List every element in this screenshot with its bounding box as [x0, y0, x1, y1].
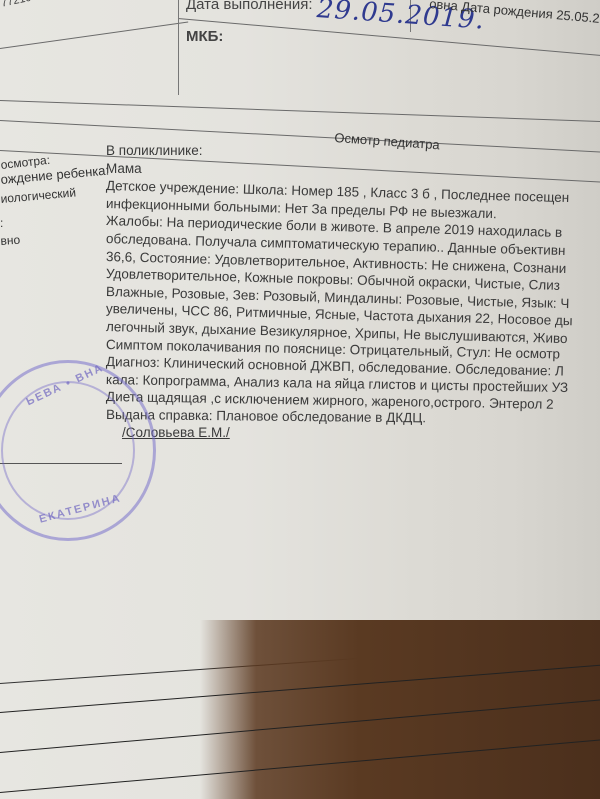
text-line: В поликлинике:: [106, 142, 573, 160]
table-line: [0, 22, 188, 49]
medical-record-page: 77210 Дата выполнения: 29.05.2019. овна …: [0, 0, 600, 799]
text-line: Мама: [106, 160, 573, 178]
record-number: 77210: [0, 0, 32, 10]
table-divider: [178, 0, 179, 95]
date-label: Дата выполнения:: [186, 0, 313, 13]
examination-text: В поликлинике: Мама Детское учреждение: …: [106, 142, 573, 441]
left-label: вно: [0, 233, 21, 248]
table-line: [0, 100, 600, 123]
left-label: иологический: [0, 185, 77, 206]
photo-shadow: [200, 620, 600, 799]
left-label: :: [0, 216, 3, 230]
mkb-label: МКБ:: [186, 28, 223, 45]
